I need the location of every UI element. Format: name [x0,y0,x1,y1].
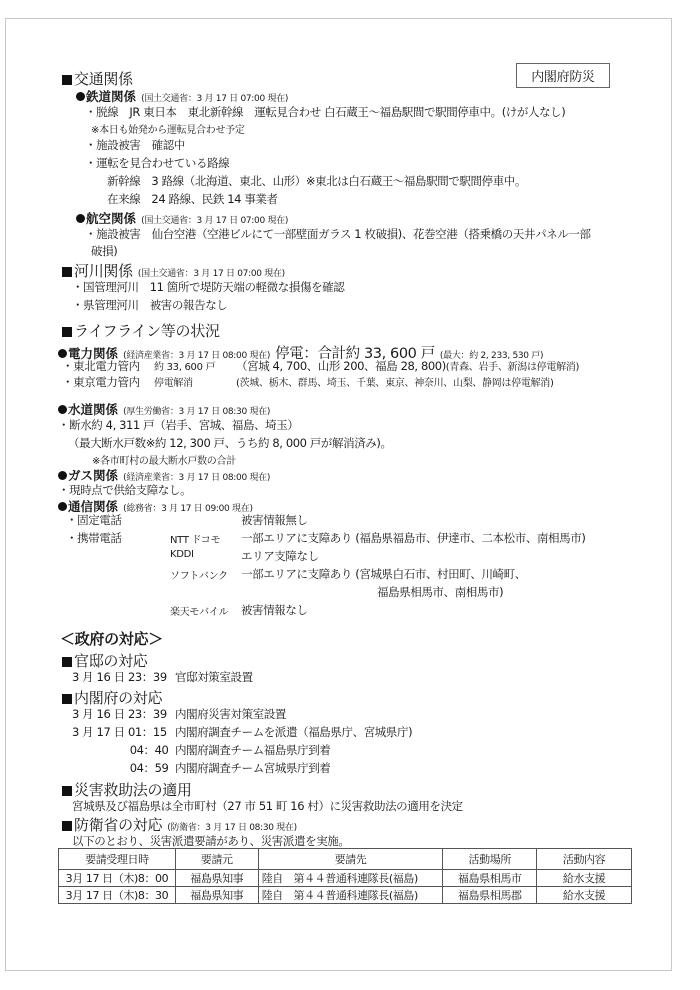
cabinet-entry: 04：59 内閣府調査チーム宮城県庁到着 [72,760,330,776]
circle-bullet-icon [58,502,67,511]
air-line-1-cont: 破損) [91,243,117,259]
table-row: 3月 17 日（木)8：30 福島県知事 陸自 第４４普通科連隊長(福島) 福島… [59,887,632,904]
square-bullet-icon [62,821,72,831]
carrier-status: 被害情報なし [241,602,308,618]
relief-act-heading: 災害救助法の適用 [62,779,192,800]
rail-line-1-note: ※本日も始発から運転見合わせ予定 [91,121,245,136]
table-cell: 福島県知事 [175,870,258,887]
carrier-name: NTT ドコモ [170,531,220,546]
carrier-status: 一部エリアに支障あり (福島県福島市、伊達市、二本松市、南相馬市) [241,530,585,546]
table-cell: 給水支援 [537,887,632,904]
square-bullet-icon [62,327,72,337]
circle-bullet-icon [76,92,85,101]
table-cell: 給水支援 [537,870,632,887]
river-line-2: ・県管理河川 被害の報告なし [72,297,227,313]
column-header: 要請先 [258,849,443,870]
column-header: 活動内容 [537,849,632,870]
water-line-1: ・断水約 4, 311 戸（岩手、宮城、福島、埼玉） [58,417,299,433]
table-row: 3月 17 日（木)8：00 福島県知事 陸自 第４４普通科連隊長(福島) 福島… [59,870,632,887]
circle-bullet-icon [58,349,67,358]
air-line-1: ・施設被害 仙台空港（空港ビルにて一部壁面ガラス 1 枚破損)、花巻空港（搭乗橋… [85,226,591,242]
carrier-status: 一部エリアに支障あり (宮城県白石市、村田町、川崎町、 [241,566,526,582]
table-cell: 福島県相馬郡 [443,887,537,904]
dispatch-request-table: 要請受理日時 要請元 要請先 活動場所 活動内容 3月 17 日（木)8：00 … [58,848,632,904]
relief-act-text: 宮城県及び福島県は全市町村（27 市 51 町 16 村）に災害救助法の適用を決… [72,798,463,814]
rail-subheading: 鉄道関係 (国土交通省：3 月 17 日 07:00 現在) [76,86,288,105]
air-subheading: 航空関係 (国土交通省：3 月 17 日 07:00 現在) [76,208,288,227]
square-bullet-icon [62,786,72,796]
carrier-name: ソフトバンク [170,567,228,582]
rail-line-1: ・脱線 JR 東日本 東北新幹線 運転見合わせ 白石蔵王～福島駅間で駅間停車中。… [85,104,565,120]
table-cell: 3月 17 日（木)8：30 [59,887,176,904]
column-header: 要請受理日時 [59,849,176,870]
defense-heading: 防衛省の対応 (防衛省：3 月 17 日 08:30 現在) [62,814,297,835]
water-line-2: （最大断水戸数※約 12, 300 戸、うち約 8, 000 戸が解消済み)。 [68,435,392,451]
rail-line-3: ・運転を見合わせている路線 [85,155,229,171]
agency-badge: 内閣府防災 [516,63,610,88]
carrier-status-cont: 福島県相馬市、南相馬市) [377,584,503,600]
square-bullet-icon [62,75,72,85]
circle-bullet-icon [58,405,67,414]
cabinet-heading: 内閣府の対応 [62,687,162,708]
defense-intro: 以下のとおり、災害派遣要請があり、災害派遣を実施。 [72,833,350,849]
square-bullet-icon [62,657,72,667]
carrier-name: KDDI [170,549,194,560]
rail-line-2: ・施設被害 確認中 [85,137,185,153]
water-subheading: 水道関係 (厚生労働省：3 月 17 日 08:30 現在) [58,399,270,418]
telecom-fixed-label: ・固定電話 [66,512,122,528]
circle-bullet-icon [76,214,85,223]
cabinet-entry: 04：40 内閣府調査チーム福島県庁到着 [72,742,330,758]
table-cell: 陸自 第４４普通科連隊長(福島) [258,870,443,887]
kantei-entry: 3 月 16 日 23：39官邸対策室設置 [72,669,253,685]
section-lifeline-heading: ライフライン等の状況 [62,320,220,341]
square-bullet-icon [62,694,72,704]
square-bullet-icon [62,267,72,277]
carrier-status: エリア支障なし [241,548,319,564]
column-header: 要請元 [175,849,258,870]
column-header: 活動場所 [443,849,537,870]
river-line-1: ・国管理河川 11 箇所で堤防天端の軽微な損傷を確認 [72,279,344,295]
section-river-heading: 河川関係 (国土交通省：3 月 17 日 07:00 現在) [62,260,285,281]
table-cell: 3月 17 日（木)8：00 [59,870,176,887]
carrier-name: 楽天モバイル [170,603,228,618]
table-cell: 陸自 第４４普通科連隊長(福島) [258,887,443,904]
cabinet-entry: 3 月 17 日 01：15内閣府調査チームを派遣（福島県庁、宮城県庁) [72,724,412,740]
table-cell: 福島県相馬市 [443,870,537,887]
telecom-fixed-status: 被害情報無し [241,512,308,528]
table-cell: 福島県知事 [175,887,258,904]
rail-conventional: 在来線 24 路線、民鉄 14 事業者 [107,191,278,207]
table-header-row: 要請受理日時 要請元 要請先 活動場所 活動内容 [59,849,632,870]
power-row-tokyo: ・東京電力管内停電解消(茨城、栃木、群馬、埼玉、千葉、東京、神奈川、山梨、静岡は… [62,374,554,390]
kantei-heading: 官邸の対応 [62,650,148,671]
rail-shinkansen: 新幹線 3 路線（北海道、東北、山形）※東北は白石蔵王～福島駅間で駅間停車中。 [107,173,526,189]
government-heading: ＜政府の対応＞ [60,628,163,649]
circle-bullet-icon [58,471,67,480]
telecom-mobile-label: ・携帯電話 [66,530,122,546]
power-row-tohoku: ・東北電力管内約 33, 600 戸（宮城 4, 700、山形 200、福島 2… [62,358,579,374]
cabinet-entry: 3 月 16 日 23：39内閣府災害対策室設置 [72,706,286,722]
